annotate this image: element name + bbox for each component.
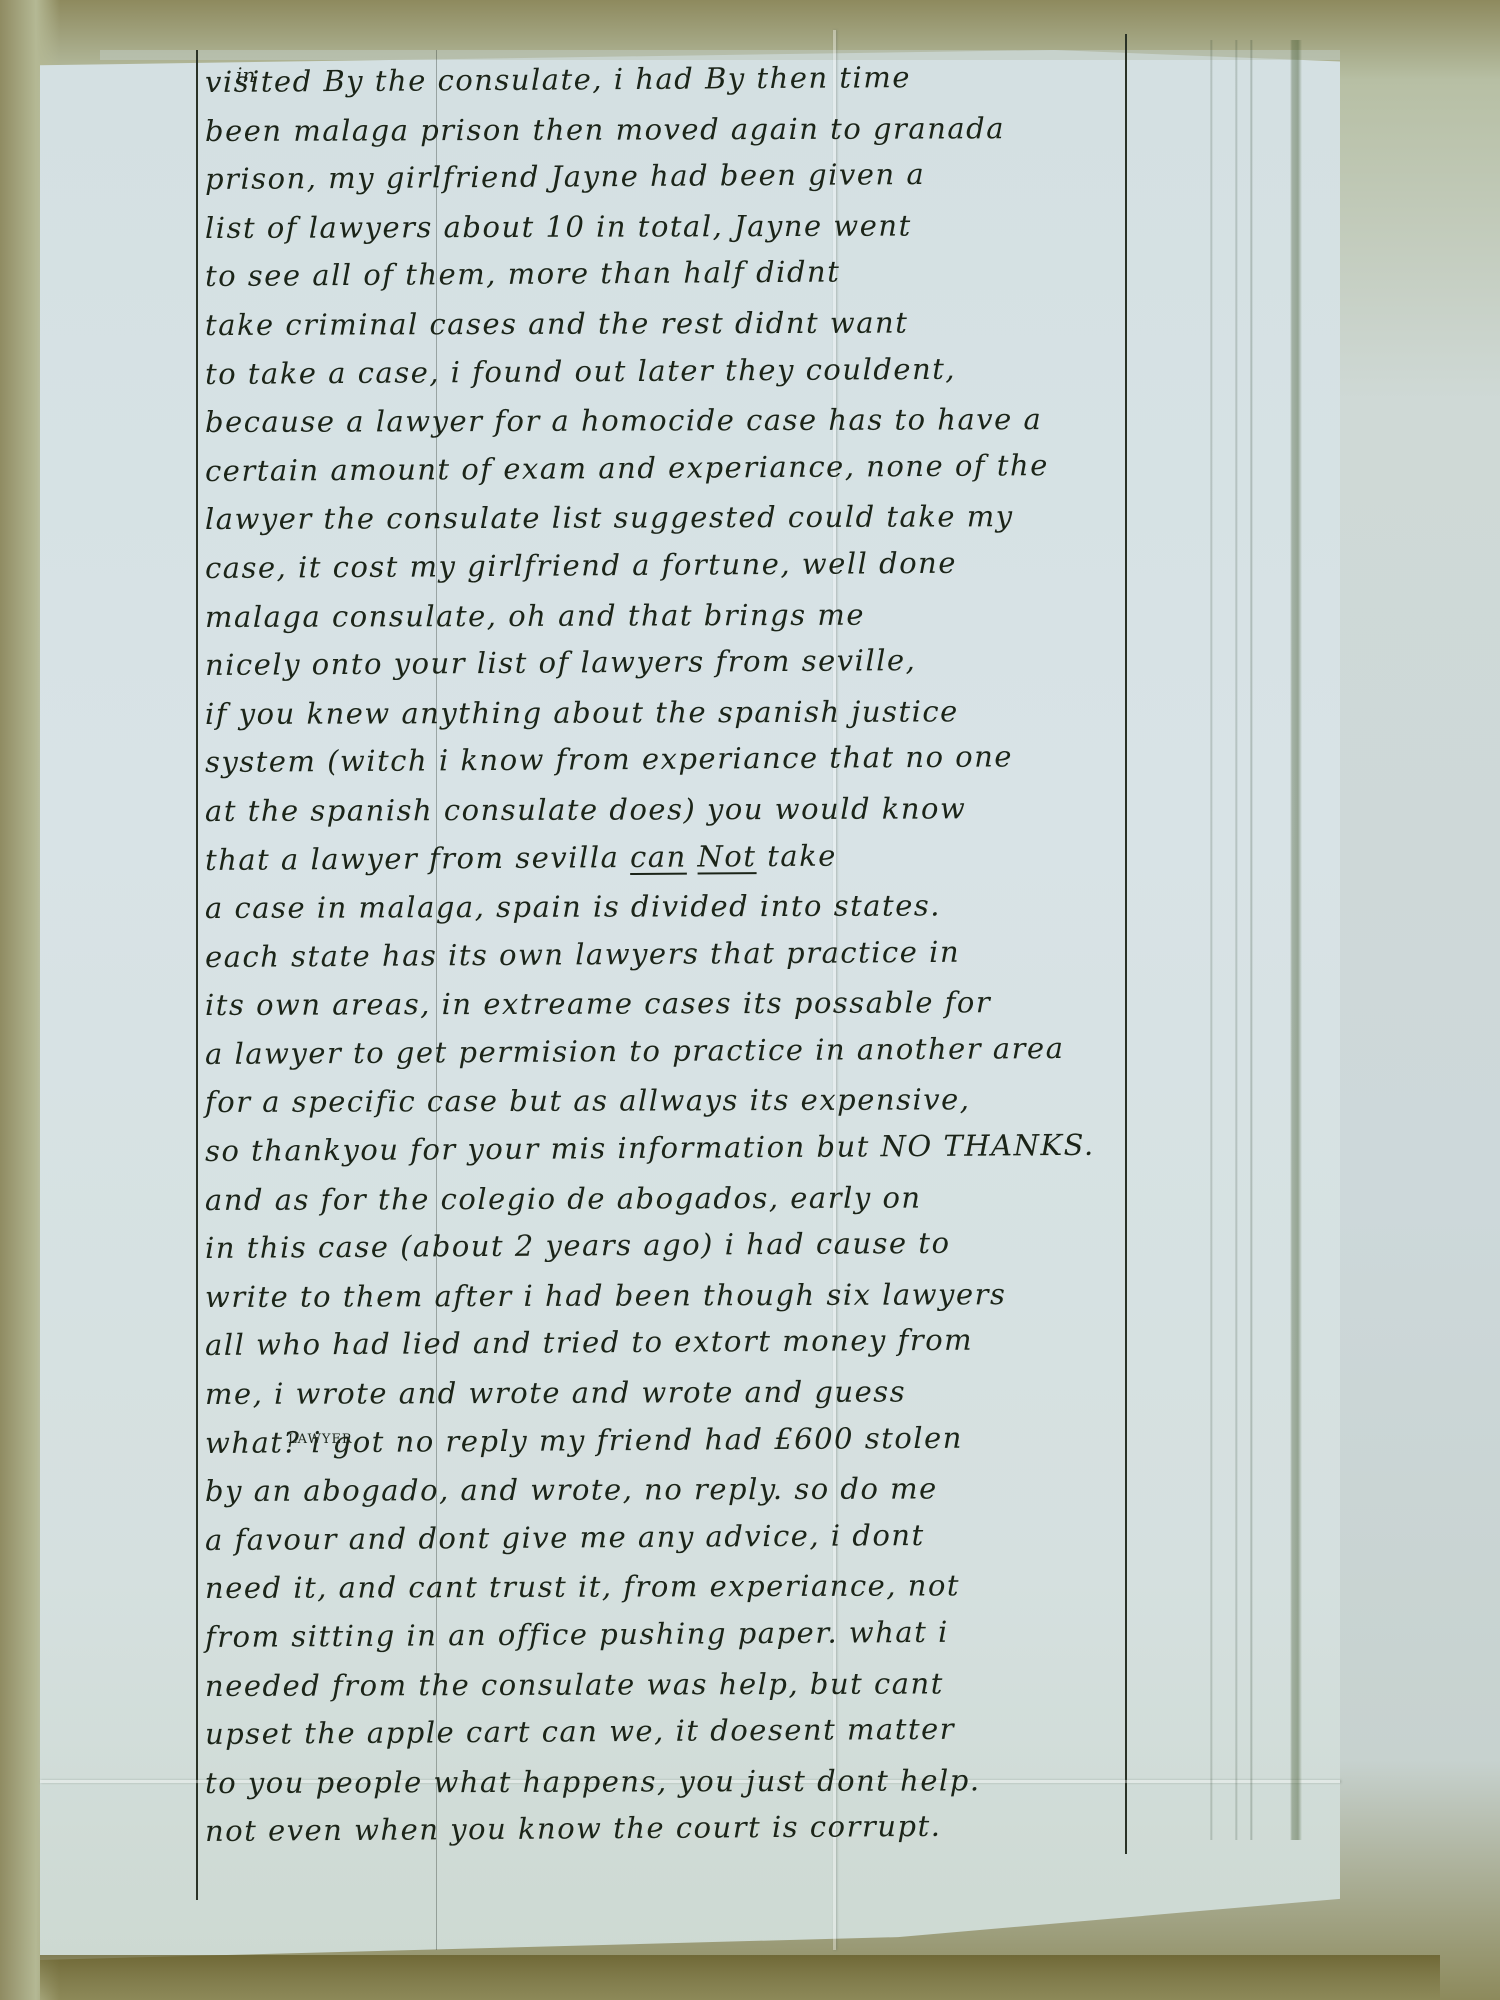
letter-line: to take a case, i found out later they c… [205, 342, 1265, 398]
line-text: take [756, 838, 837, 873]
letter-line: malaga consulate, oh and that brings me [205, 589, 1265, 641]
letter-line: list of lawyers about 10 in total, Jayne… [205, 200, 1265, 252]
letter-line: so thankyou for your mis information but… [205, 1120, 1265, 1176]
letter-line: for a specific case but as allways its e… [205, 1075, 1265, 1127]
letter-line: me, i wrote and wrote and wrote and gues… [205, 1366, 1265, 1418]
letter-line: upset the apple cart can we, it doesent … [205, 1703, 1265, 1759]
letter-line: needed from the consulate was help, but … [205, 1658, 1265, 1710]
paper-drop-shadow [40, 1955, 1440, 2000]
letter-line: certain amount of exam and experiance, n… [205, 439, 1265, 495]
letter-line: not even when you know the court is corr… [205, 1800, 1265, 1856]
letter-line: visited By the consulate, i had By then … [205, 51, 1265, 107]
letter-line: a lawyer to get permision to practice in… [205, 1022, 1265, 1078]
letter-line: at the spanish consulate does) you would… [205, 783, 1265, 835]
letter-line: because a lawyer for a homocide case has… [205, 394, 1265, 446]
letter-line: its own areas, in extreame cases its pos… [205, 978, 1265, 1030]
letter-line: if you knew anything about the spanish j… [205, 686, 1265, 738]
letter-line: write to them after i had been though si… [205, 1269, 1265, 1321]
line-text [687, 839, 698, 873]
letter-line: in this case (about 2 years ago) i had c… [205, 1217, 1265, 1273]
letter-line: been malaga prison then moved again to g… [205, 103, 1265, 155]
letter-line: prison, my girlfriend Jayne had been giv… [205, 148, 1265, 204]
letter-line: from sitting in an office pushing paper.… [205, 1606, 1265, 1662]
letter-line: to you people what happens, you just don… [205, 1755, 1265, 1807]
letter-line: all who had lied and tried to extort mon… [205, 1314, 1265, 1370]
letter-line: lawyer the consulate list suggested coul… [205, 492, 1265, 544]
letter-body: visited By the consulate, i had By then … [205, 58, 1265, 1856]
letter-line: each state has its own lawyers that prac… [205, 925, 1265, 981]
letter-line: and as for the colegio de abogados, earl… [205, 1172, 1265, 1224]
letter-line: what? i got no reply my friend had £600 … [205, 1411, 1265, 1467]
letter-line: by an abogado, and wrote, no reply. so d… [205, 1464, 1265, 1516]
letter-line: need it, and cant trust it, from experia… [205, 1561, 1265, 1613]
underlined-word-can: can [630, 839, 687, 873]
letter-line-underlined: that a lawyer from sevilla can Not take [205, 828, 1265, 884]
letter-line: case, it cost my girlfriend a fortune, w… [205, 537, 1265, 593]
letter-line: a favour and dont give me any advice, i … [205, 1508, 1265, 1564]
letter-line: nicely onto your list of lawyers from se… [205, 634, 1265, 690]
letter-line: system (witch i know from experiance tha… [205, 731, 1265, 787]
left-margin-rule [196, 50, 198, 1900]
underlined-word-not: Not [697, 839, 756, 873]
line-text: that a lawyer from sevilla [205, 840, 630, 877]
letter-line: to see all of them, more than half didnt [205, 245, 1265, 301]
letter-line: take criminal cases and the rest didnt w… [205, 297, 1265, 349]
letter-line: a case in malaga, spain is divided into … [205, 880, 1265, 932]
